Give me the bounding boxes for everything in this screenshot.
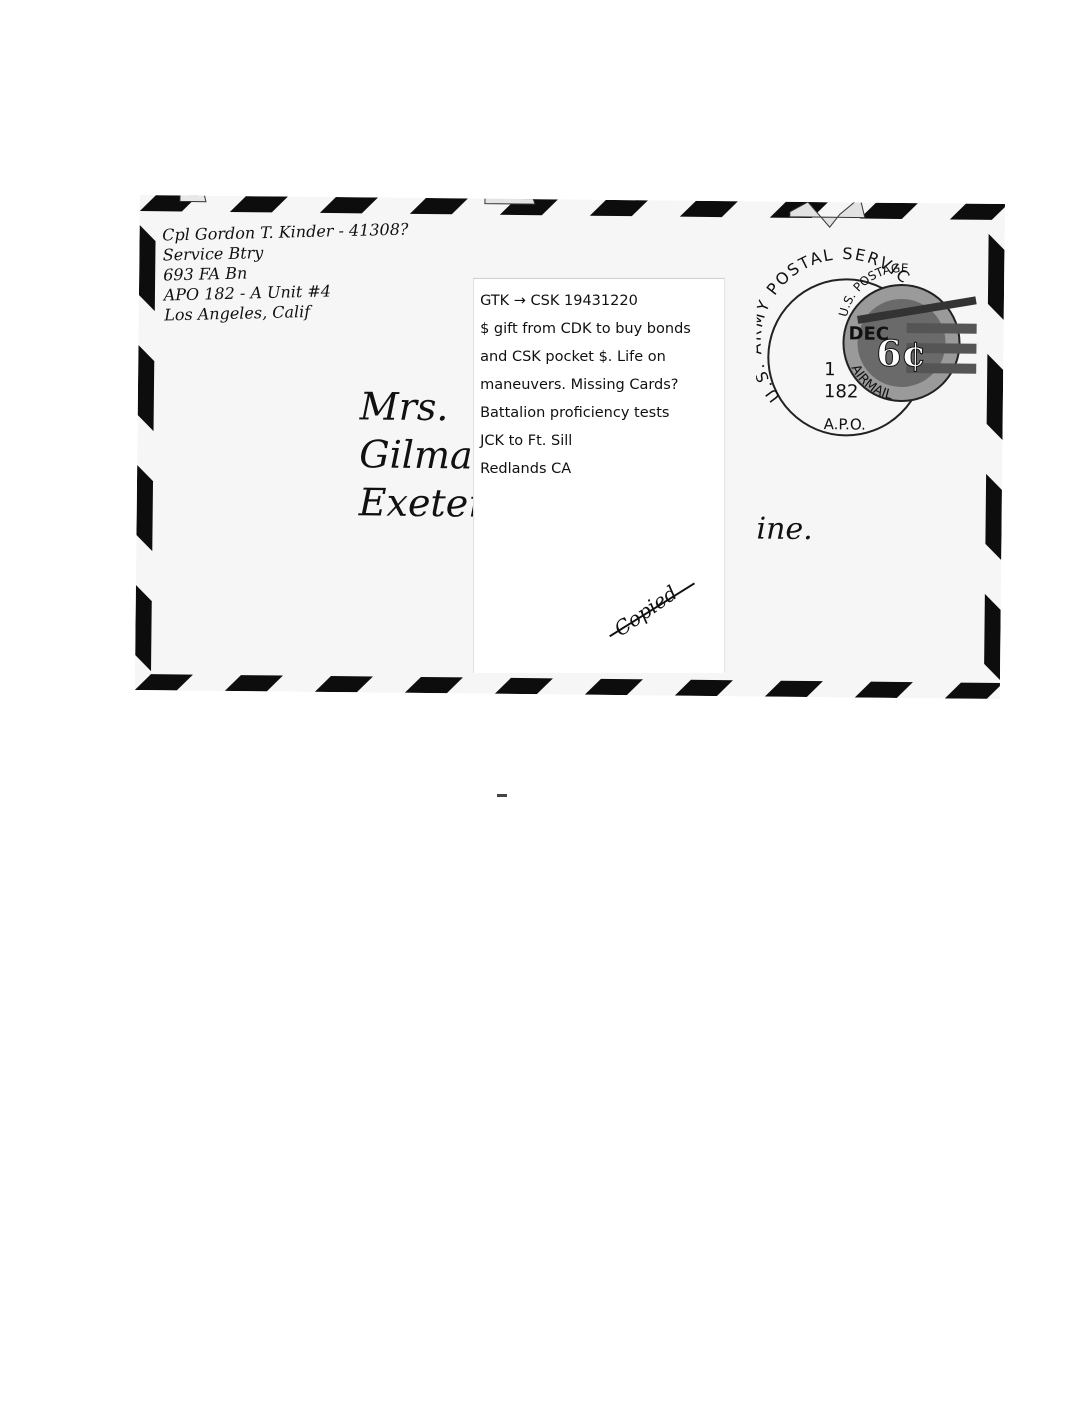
recipient-line-tail: ine. <box>756 511 813 547</box>
note-line: Battalion proficiency tests <box>480 399 718 427</box>
note-line: and CSK pocket $. Life on <box>480 343 718 371</box>
note-line: Redlands CA <box>480 455 718 483</box>
note-line: JCK to Ft. Sill <box>480 427 718 455</box>
scan-speck <box>497 794 507 797</box>
note-line: maneuvers. Missing Cards? <box>480 371 718 399</box>
stamp-value: 6¢ <box>876 333 927 376</box>
note-slip: GTK → CSK 19431220 $ gift from CDK to bu… <box>473 278 725 673</box>
note-line: $ gift from CDK to buy bonds <box>480 315 718 343</box>
note-line: GTK → CSK 19431220 <box>480 287 718 315</box>
copied-mark: Copied <box>608 579 682 643</box>
return-address: Cpl Gordon T. Kinder - 41308? Service Bt… <box>162 220 411 326</box>
postmark-day: 1 <box>824 359 836 380</box>
postmark-apo: A.P.O. <box>824 415 866 433</box>
postmark: U.S. ARMY POSTAL SERVICE U.S. POSTAGE AI… <box>756 246 978 438</box>
envelope: Cpl Gordon T. Kinder - 41308? Service Bt… <box>135 195 1005 699</box>
postmark-year: 182 <box>824 381 859 402</box>
